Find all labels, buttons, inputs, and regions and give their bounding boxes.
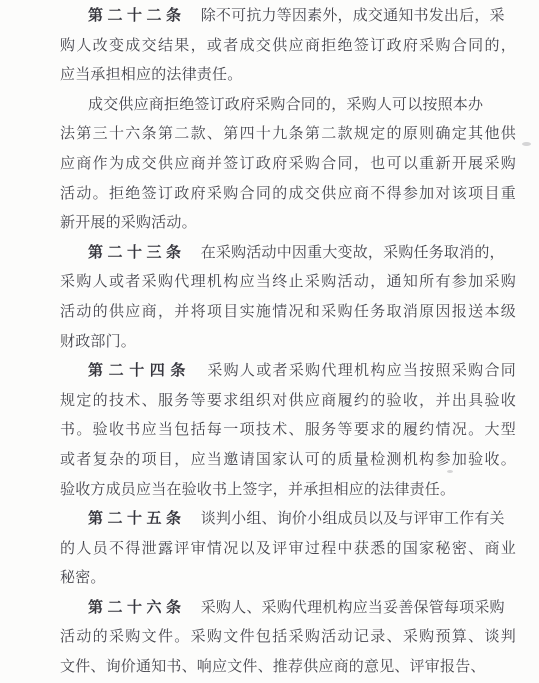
- scan-artifact: [522, 142, 531, 146]
- line-text: 谈判小组、询价小组成员以及与评审工作有关: [186, 509, 505, 527]
- text-line: 购人改变成交结果，或者成交供应商拒绝签订政府采购合同的，: [60, 31, 516, 61]
- line-text: 法第三十六条第二款、第四十九条第二款规定的原则确定其他供: [60, 124, 516, 142]
- line-text: 应当承担相应的法律责任。: [60, 65, 242, 83]
- text-line: 第二十六条 采购人、采购代理机构应当妥善保管每项采购: [60, 593, 516, 623]
- text-line: 第二十三条 在采购活动中因重大变故，采购任务取消的，: [60, 238, 516, 268]
- line-text: 活动。拒绝签订政府采购合同的成交供应商不得参加对该项目重: [60, 184, 516, 202]
- article-number: 第二十三条: [88, 243, 186, 261]
- text-line: 活动。拒绝签订政府采购合同的成交供应商不得参加对该项目重: [60, 179, 516, 209]
- article-number: 第二十二条: [88, 6, 186, 24]
- line-text: 活动的供应商，并将项目实施情况和采购任务取消原因报送本级: [60, 302, 516, 320]
- line-text: 除不可抗力等因素外，成交通知书发出后，采: [186, 6, 505, 24]
- line-text: 规定的技术、服务等要求组织对供应商履约的验收，并出具验收: [60, 391, 516, 409]
- line-text: 采购人或者采购代理机构应当按照采购合同: [191, 361, 516, 379]
- text-line: 文件、询价通知书、响应文件、推荐供应商的意见、评审报告、: [60, 652, 516, 682]
- article-number: 第二十六条: [88, 598, 186, 616]
- text-line: 新开展的采购活动。: [60, 208, 516, 238]
- text-line: 成交供应商拒绝签订政府采购合同的，采购人可以按照本办: [60, 90, 516, 120]
- line-text: 财政部门。: [60, 332, 136, 350]
- text-line: 书。验收书应当包括每一项技术、服务等要求的履约情况。大型: [60, 415, 516, 445]
- text-line: 活动的采购文件。采购文件包括采购活动记录、采购预算、谈判: [60, 622, 516, 652]
- text-line: 秘密。: [60, 563, 516, 593]
- line-text: 的人员不得泄露评审情况以及评审过程中获悉的国家秘密、商业: [60, 539, 516, 557]
- line-text: 文件、询价通知书、响应文件、推荐供应商的意见、评审报告、: [60, 657, 486, 675]
- line-text: 书。验收书应当包括每一项技术、服务等要求的履约情况。大型: [60, 420, 516, 438]
- text-line: 的人员不得泄露评审情况以及评审过程中获悉的国家秘密、商业: [60, 534, 516, 564]
- line-text: 秘密。: [60, 568, 106, 586]
- line-text: 或者复杂的项目，应当邀请国家认可的质量检测机构参加验收。: [60, 450, 516, 468]
- text-line: 应当承担相应的法律责任。: [60, 60, 516, 90]
- document-text: 第二十二条 除不可抗力等因素外，成交通知书发出后，采购人改变成交结果，或者成交供…: [0, 1, 516, 682]
- text-line: 财政部门。: [60, 327, 516, 357]
- line-text: 验收方成员应当在验收书上签字，并承担相应的法律责任。: [60, 480, 455, 498]
- scan-artifact: [447, 470, 453, 473]
- text-line: 第二十五条 谈判小组、询价小组成员以及与评审工作有关: [60, 504, 516, 534]
- line-text: 购人改变成交结果，或者成交供应商拒绝签订政府采购合同的，: [60, 36, 516, 54]
- text-line: 规定的技术、服务等要求组织对供应商履约的验收，并出具验收: [60, 386, 516, 416]
- article-number: 第二十五条: [88, 509, 186, 527]
- scan-artifact: [494, 128, 499, 131]
- article-number: 第二十四条: [88, 361, 191, 379]
- text-line: 第二十二条 除不可抗力等因素外，成交通知书发出后，采: [60, 1, 516, 31]
- line-text: 新开展的采购活动。: [60, 213, 197, 231]
- text-line: 活动的供应商，并将项目实施情况和采购任务取消原因报送本级: [60, 297, 516, 327]
- line-text: 应商作为成交供应商并签订政府采购合同，也可以重新开展采购: [60, 154, 516, 172]
- line-text: 成交供应商拒绝签订政府采购合同的，采购人可以按照本办: [88, 95, 483, 113]
- scan-artifact: [497, 14, 504, 17]
- text-line: 第二十四条 采购人或者采购代理机构应当按照采购合同: [60, 356, 516, 386]
- text-line: 验收方成员应当在验收书上签字，并承担相应的法律责任。: [60, 475, 516, 505]
- text-line: 法第三十六条第二款、第四十九条第二款规定的原则确定其他供: [60, 119, 516, 149]
- line-text: 采购人、采购代理机构应当妥善保管每项采购: [186, 598, 505, 616]
- line-text: 活动的采购文件。采购文件包括采购活动记录、采购预算、谈判: [60, 627, 516, 645]
- line-text: 采购人或者采购代理机构应当终止采购活动，通知所有参加采购: [60, 272, 516, 290]
- document-page: 第二十二条 除不可抗力等因素外，成交通知书发出后，采购人改变成交结果，或者成交供…: [0, 0, 539, 683]
- text-line: 采购人或者采购代理机构应当终止采购活动，通知所有参加采购: [60, 267, 516, 297]
- line-text: 在采购活动中因重大变故，采购任务取消的，: [186, 243, 505, 261]
- text-line: 应商作为成交供应商并签订政府采购合同，也可以重新开展采购: [60, 149, 516, 179]
